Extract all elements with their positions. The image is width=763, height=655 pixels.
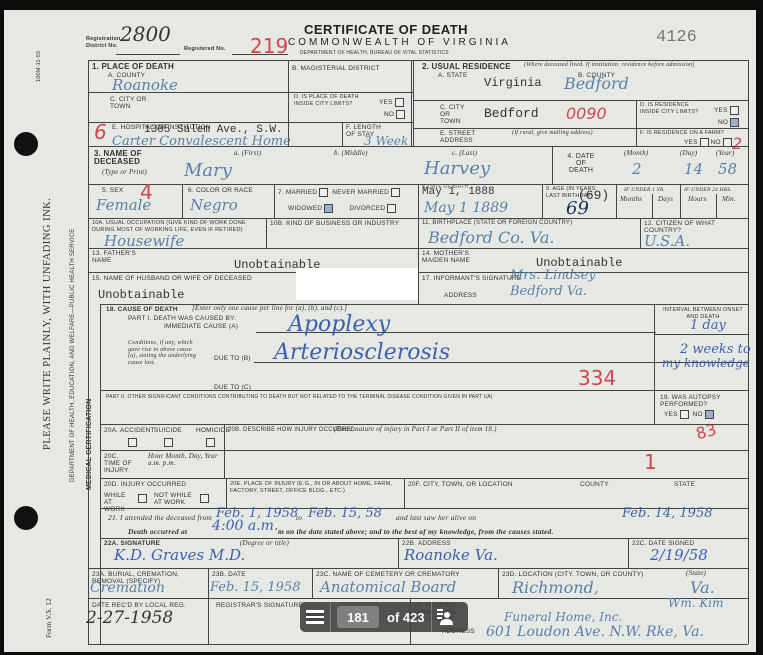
- under-1yr-label: IF UNDER 1 YR.: [624, 187, 665, 194]
- not-while-at-work-label: NOT WHILE AT WORK: [154, 492, 198, 506]
- last-saw-label: and last saw her alive on: [396, 514, 476, 521]
- sex-label: 5. SEX: [102, 187, 123, 194]
- married-label: 7. MARRIED: [278, 189, 317, 196]
- death-day: 14: [684, 160, 703, 178]
- never-married-label: NEVER MARRIED: [332, 189, 389, 196]
- magisterial-district-label: b. MAGISTERIAL DISTRICT: [292, 65, 380, 72]
- funeral-address-value: 601 Loudon Ave. N.W. Rke, Va.: [486, 624, 704, 640]
- autopsy-no-checkbox[interactable]: [705, 410, 714, 419]
- no-label: NO: [718, 119, 728, 126]
- last-saw-value: Feb. 14, 1958: [622, 506, 712, 521]
- bureau-label: DEPARTMENT OF HEALTH, BUREAU OF VITAL ST…: [300, 50, 449, 57]
- no-label: NO: [384, 111, 394, 118]
- burial-location-label: 23d. LOCATION (City, town, or county): [502, 571, 644, 578]
- birthplace-label: 11. BIRTHPLACE (State or foreign country…: [422, 220, 572, 227]
- months-label: Months: [620, 196, 642, 203]
- min-label: Min.: [722, 196, 736, 203]
- due-to-b-label: DUE TO (b): [214, 355, 251, 362]
- yes-label: YES: [714, 107, 728, 114]
- street-address-label: e. STREET ADDRESS: [440, 130, 480, 144]
- last-name-label: c. (Last): [452, 150, 477, 157]
- burial-date-value: Feb. 15, 1958: [210, 580, 300, 595]
- cemetery-value: Anatomical Board: [320, 578, 456, 596]
- registered-no-label: Registered No.: [184, 46, 226, 53]
- date-signed-value: 2/19/58: [650, 546, 708, 564]
- first-name-value: Mary: [184, 160, 232, 181]
- page-viewer-toolbar: 181 of 423: [300, 602, 468, 632]
- state-value: Virginia: [484, 76, 542, 90]
- residence-inside-no-checkbox[interactable]: [730, 118, 739, 127]
- immediate-cause-value: Apoplexy: [288, 312, 390, 337]
- informant-address-value: Bedford Va.: [510, 284, 587, 299]
- registered-no-value: 219: [250, 34, 288, 58]
- injury-city-label: 20f. CITY, TOWN, OR LOCATION: [408, 481, 513, 488]
- usual-residence-label: 2. USUAL RESIDENCE: [422, 63, 511, 70]
- divorced-checkbox[interactable]: [387, 204, 396, 213]
- death-year: 58: [718, 160, 737, 178]
- funeral-director-value: Wm. Kim: [668, 596, 724, 610]
- dob-hand: May 1 1889: [424, 200, 508, 216]
- physician-signature: K.D. Graves M.D.: [114, 546, 245, 564]
- race-value: Negro: [190, 196, 238, 214]
- interval-a: 1 day: [690, 318, 726, 333]
- suicide-label: SUICIDE: [154, 427, 182, 434]
- registrar-signature-label: REGISTRAR'S SIGNATURE: [216, 602, 303, 609]
- attended-label: 21. I attended the deceased from: [108, 514, 212, 521]
- widowed-checkbox[interactable]: [324, 204, 333, 213]
- margin-instruction: PLEASE WRITE PLAINLY, WITH UNFADING INK.: [42, 198, 53, 450]
- place-of-death-label: 1. PLACE OF DEATH: [92, 63, 174, 70]
- informant-label: 17. INFORMANT'S SIGNATURE: [422, 275, 521, 282]
- days-label: Days: [658, 196, 673, 203]
- dob-label: 8. DATE OF BIRTH: [422, 184, 468, 191]
- month-label: (Month): [624, 150, 648, 157]
- cemetery-label: 23c. NAME OF CEMETERY OR CREMATORY: [316, 571, 460, 578]
- last-name-value: Harvey: [424, 158, 490, 179]
- punch-hole: [14, 132, 38, 156]
- redaction-box: [296, 268, 418, 300]
- usual-residence-note: (Where deceased lived. If institution: r…: [524, 62, 695, 69]
- day-label: (Day): [680, 150, 697, 157]
- business-label: 10b. KIND OF BUSINESS OR INDUSTRY: [270, 220, 400, 227]
- margin-department: DEPARTMENT OF HEALTH, EDUCATION, AND WEL…: [70, 229, 77, 482]
- accident-label: 20a. ACCIDENT: [104, 427, 155, 434]
- street-address-note: (If rural, give mailing address): [512, 130, 593, 137]
- year-label: (Year): [716, 150, 734, 157]
- yes-label: YES: [379, 99, 393, 106]
- date-of-death-label: 4. DATE OF DEATH: [564, 153, 598, 174]
- punch-hole: [14, 506, 38, 530]
- while-at-work-label: WHILE AT WORK: [104, 492, 134, 513]
- city-code: 0090: [566, 104, 607, 123]
- farm-label: f. IS RESIDENCE ON A FARM?: [640, 130, 724, 137]
- attended-to-value: Feb. 15, 58: [308, 506, 382, 521]
- informant-value: Mrs. Lindsey: [510, 268, 596, 283]
- father-label: 13. FATHER'S NAME: [92, 250, 142, 264]
- birthplace-value: Bedford Co. Va.: [428, 228, 554, 247]
- filmstrip-icon: [306, 610, 324, 624]
- while-at-work-checkbox[interactable]: [138, 494, 147, 503]
- widowed-label: WIDOWED: [288, 205, 322, 212]
- informant-address-label: ADDRESS: [444, 292, 477, 299]
- due-to-b-value: Arteriosclerosis: [274, 340, 450, 365]
- injury-county-label: COUNTY: [580, 481, 609, 488]
- spouse-label: 15. NAME OF HUSBAND OR WIFE OF DECEASED: [92, 275, 252, 282]
- suicide-checkbox[interactable]: [164, 438, 173, 447]
- immediate-cause-label: IMMEDIATE CAUSE (a): [164, 323, 238, 330]
- time-of-injury-note: Hour Month, Day, Year a.m. p.m.: [148, 453, 218, 467]
- residence-city-value: Bedford: [484, 106, 539, 121]
- registration-district-value: 2800: [120, 22, 171, 46]
- residence-city-label: c. CITY OR TOWN: [440, 104, 470, 125]
- interval-b: 2 weeks to: [680, 342, 751, 357]
- middle-name-label: b. (Middle): [334, 150, 368, 157]
- physician-address-value: Roanoke Va.: [404, 546, 498, 564]
- under-24hrs-label: IF UNDER 24 HRS.: [684, 187, 732, 194]
- race-label: 6. COLOR OR RACE: [188, 187, 253, 194]
- cause-code: 334: [578, 366, 616, 390]
- death-month: 2: [632, 160, 642, 178]
- mother-label: 14. MOTHER'S MAIDEN NAME: [422, 250, 486, 264]
- interval-b2: my knowledge: [662, 356, 750, 370]
- deceased-name-label: 3. NAME OF DECEASED: [94, 150, 144, 166]
- injury-occurred-label: 20d. INJURY OCCURRED: [104, 481, 186, 488]
- residence-inside-yes-checkbox[interactable]: [730, 106, 739, 115]
- burial-state-value: Va.: [690, 578, 715, 597]
- death-certificate: 100M-11-55 PLEASE WRITE PLAINLY, WITH UN…: [4, 10, 756, 652]
- autopsy-label: 19. WAS AUTOPSY PERFORMED?: [660, 394, 746, 408]
- describe-injury-note: (Enter nature of injury in Part I or Par…: [334, 426, 497, 433]
- not-while-at-work-checkbox[interactable]: [200, 494, 209, 503]
- residence-county-value: Bedford: [564, 74, 629, 93]
- person-list-icon: [437, 608, 453, 626]
- state-label: a. STATE: [438, 72, 468, 79]
- death-inside-yes-checkbox[interactable]: [395, 98, 404, 107]
- burial-value: Cremation: [90, 580, 165, 596]
- attended-to-label: to: [296, 514, 302, 521]
- death-occurred-note: m on the date stated above; and to the b…: [278, 528, 554, 535]
- degree-label: (Degree or title): [240, 540, 289, 547]
- hours-label: Hours: [688, 196, 707, 203]
- death-occurred-value: 4:00 a.m.: [212, 518, 278, 534]
- sex-value: Female: [96, 196, 151, 214]
- burial-date-label: 23b. DATE: [212, 571, 246, 578]
- divorced-label: DIVORCED: [349, 205, 385, 212]
- place-of-injury-label: 20e. PLACE OF INJURY (e.g., in or about …: [230, 481, 400, 495]
- first-name-label: a. (First): [234, 150, 261, 157]
- page-count-label: of 423: [387, 610, 425, 625]
- homicide-checkbox[interactable]: [206, 438, 215, 447]
- form-number: Form V.S. 12: [44, 598, 53, 638]
- red-mark-6: 6: [94, 120, 107, 144]
- city-label: c. CITY OR TOWN: [110, 96, 150, 110]
- autopsy-yes-checkbox[interactable]: [680, 410, 689, 419]
- conditions-note: Conditions, if any, which gave rise to a…: [128, 340, 200, 366]
- accident-checkbox[interactable]: [128, 438, 137, 447]
- cause-note: [Enter only one cause per line for (a), …: [192, 305, 347, 312]
- deceased-name-note: (Type or Print): [102, 169, 147, 176]
- file-number: 4126: [656, 28, 697, 47]
- certificate-title: CERTIFICATE OF DEATH: [304, 22, 468, 37]
- certificate-subtitle: COMMONWEALTH OF VIRGINIA: [288, 37, 511, 48]
- date-received-value: 2-27-1958: [86, 608, 173, 628]
- death-occurred-label: Death occurred at: [128, 528, 187, 535]
- cause-label: 18. CAUSE OF DEATH: [106, 306, 178, 313]
- red-mark-1: 1: [644, 450, 657, 474]
- burial-location-value: Richmond,: [512, 578, 599, 597]
- time-of-injury-label: 20c. TIME OF INJURY: [104, 453, 134, 474]
- death-inside-no-checkbox[interactable]: [396, 110, 405, 119]
- form-code: 100M-11-55: [36, 51, 43, 82]
- burial-state-label: (State): [686, 570, 706, 577]
- funeral-home-value: Funeral Home, Inc.: [504, 610, 622, 624]
- residence-inside-limits-label: d. IS RESIDENCE INSIDE CITY LIMITS?: [640, 102, 704, 116]
- part1-label: PART I. DEATH WAS CAUSED BY:: [128, 315, 236, 322]
- page-number-input[interactable]: 181: [337, 606, 379, 628]
- age-hand: 69: [566, 198, 589, 219]
- part2-label: PART II. OTHER SIGNIFICANT CONDITIONS CO…: [106, 394, 493, 401]
- index-button[interactable]: [432, 602, 458, 632]
- never-married-checkbox[interactable]: [391, 188, 400, 197]
- filmstrip-button[interactable]: [300, 602, 330, 632]
- injury-state-label: STATE: [674, 481, 695, 488]
- spouse-value: Unobtainable: [98, 288, 184, 302]
- death-inside-limits-label: d. IS PLACE OF DEATH INSIDE CITY LIMITS?: [294, 94, 364, 108]
- married-checkbox[interactable]: [319, 188, 328, 197]
